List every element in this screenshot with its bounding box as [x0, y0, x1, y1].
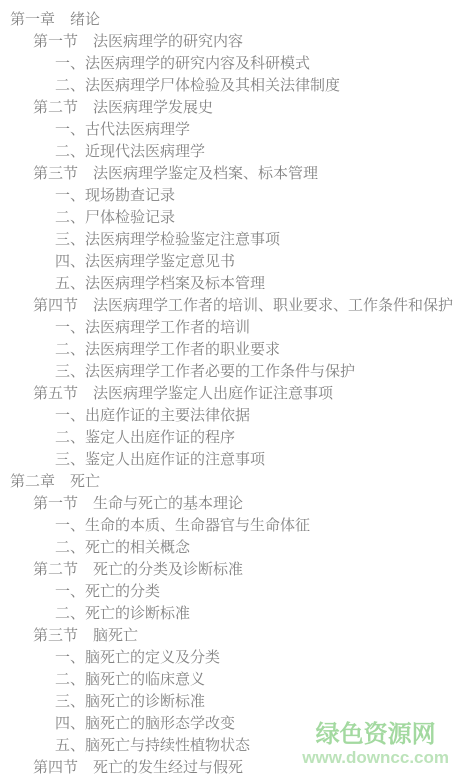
- toc-line: 三、法医病理学检验鉴定注意事项: [0, 229, 460, 251]
- toc-line: 第二节 死亡的分类及诊断标准: [0, 559, 460, 581]
- toc-line: 二、法医病理学工作者的职业要求: [0, 339, 460, 361]
- toc-line: 一、法医病理学的研究内容及科研模式: [0, 53, 460, 75]
- toc-line: 第一节 生命与死亡的基本理论: [0, 493, 460, 515]
- toc-line: 三、鉴定人出庭作证的注意事项: [0, 449, 460, 471]
- toc-line: 一、古代法医病理学: [0, 119, 460, 141]
- toc-line: 第三节 脑死亡: [0, 625, 460, 647]
- toc-line: 一、法医病理学工作者的培训: [0, 317, 460, 339]
- toc-line: 三、法医病理学工作者必要的工作条件与保护: [0, 361, 460, 383]
- toc-line: 三、脑死亡的诊断标准: [0, 691, 460, 713]
- toc-line: 二、近现代法医病理学: [0, 141, 460, 163]
- toc-line: 第二章 死亡: [0, 471, 460, 493]
- watermark-site-name: 绿色资源网: [302, 722, 449, 747]
- toc-line: 一、生命的本质、生命器官与生命体征: [0, 515, 460, 537]
- toc-line: 四、法医病理学鉴定意见书: [0, 251, 460, 273]
- toc-line: 第五节 法医病理学鉴定人出庭作证注意事项: [0, 383, 460, 405]
- toc-line: 一、出庭作证的主要法律依据: [0, 405, 460, 427]
- toc-line: 第四节 法医病理学工作者的培训、职业要求、工作条件和保护: [0, 295, 460, 317]
- watermark: 绿色资源网 www.downcc.com: [302, 722, 449, 766]
- toc-line: 第二节 法医病理学发展史: [0, 97, 460, 119]
- toc-line: 第三节 法医病理学鉴定及档案、标本管理: [0, 163, 460, 185]
- toc-line: 二、死亡的诊断标准: [0, 603, 460, 625]
- toc-line: 二、尸体检验记录: [0, 207, 460, 229]
- toc-line: 二、法医病理学尸体检验及其相关法律制度: [0, 75, 460, 97]
- toc-line: 一、现场勘查记录: [0, 185, 460, 207]
- toc-line: 第一节 法医病理学的研究内容: [0, 31, 460, 53]
- toc-line: 五、法医病理学档案及标本管理: [0, 273, 460, 295]
- toc-line: 二、死亡的相关概念: [0, 537, 460, 559]
- toc-line: 第一章 绪论: [0, 9, 460, 31]
- watermark-url: www.downcc.com: [302, 749, 449, 766]
- toc-line: 一、脑死亡的定义及分类: [0, 647, 460, 669]
- table-of-contents: 第一章 绪论第一节 法医病理学的研究内容一、法医病理学的研究内容及科研模式二、法…: [0, 9, 460, 775]
- toc-line: 二、脑死亡的临床意义: [0, 669, 460, 691]
- toc-line: 一、死亡的分类: [0, 581, 460, 603]
- toc-line: 二、鉴定人出庭作证的程序: [0, 427, 460, 449]
- document-page: 第一章 绪论第一节 法医病理学的研究内容一、法医病理学的研究内容及科研模式二、法…: [0, 0, 460, 775]
